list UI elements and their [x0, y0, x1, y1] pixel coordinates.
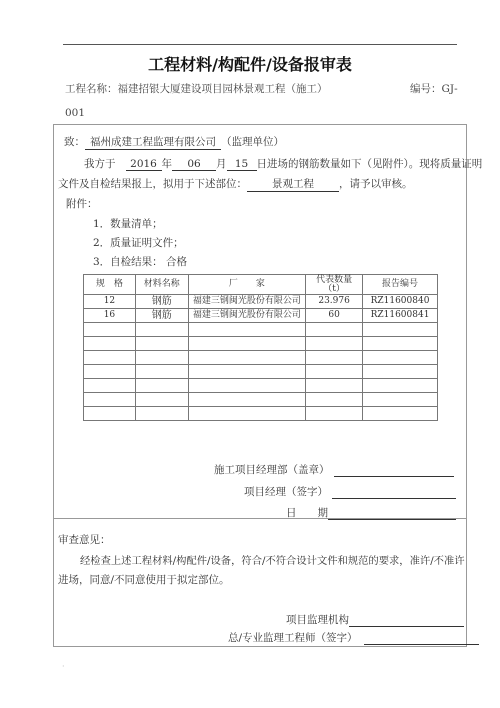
cell-empty	[188, 379, 306, 393]
intro-text: 我方于	[84, 158, 116, 170]
qty-unit: （t）	[323, 284, 345, 294]
cell-empty	[135, 365, 188, 379]
cell-manufacturer: 福建三钢闽光股份有限公司	[188, 295, 306, 309]
cell-empty	[135, 407, 188, 421]
table-row	[84, 351, 438, 365]
cell-empty	[84, 323, 136, 337]
project-name-line: 工程名称：福建招银大厦建设项目园林景观工程（施工）	[65, 81, 328, 96]
cell-empty	[135, 323, 188, 337]
cell-empty	[306, 379, 363, 393]
cell-empty	[84, 393, 136, 407]
col-manufacturer: 厂 家	[188, 275, 306, 295]
entry-month: 06	[172, 158, 216, 171]
cell-empty	[306, 365, 363, 379]
date-label: 日 期	[286, 507, 328, 519]
cell-empty	[363, 379, 438, 393]
to-suffix: （监理单位）	[221, 136, 284, 148]
org-stamp-line	[349, 626, 464, 627]
location-line: 文件及自检结果报上，拟用于下述部位：景观工程，请予以审核。	[58, 176, 413, 192]
cell-empty	[306, 407, 363, 421]
col-report-no: 报告编号	[363, 275, 438, 295]
attachment-item: 2．质量证明文件；	[93, 235, 184, 250]
supervisor-company: 福州成建工程监理有限公司	[85, 134, 221, 150]
cell-report-no: RZ11600840	[363, 295, 438, 309]
table-row: 12 钢筋 福建三钢闽光股份有限公司 23.976 RZ11600840	[84, 295, 438, 309]
org-label: 项目监理机构	[286, 614, 349, 626]
cell-empty	[188, 407, 306, 421]
attachment-item: 1．数量清单；	[93, 216, 163, 231]
cell-empty	[306, 393, 363, 407]
entry-day: 15	[227, 158, 257, 171]
cell-empty	[306, 337, 363, 351]
cell-empty	[84, 407, 136, 421]
cell-empty	[306, 351, 363, 365]
table-row	[84, 365, 438, 379]
cell-empty	[84, 337, 136, 351]
month-unit: 月	[216, 158, 227, 170]
attachment-item: 3．自检结果： 合格	[93, 254, 187, 269]
cell-empty	[84, 351, 136, 365]
col-quantity: 代表数量（t）	[306, 275, 363, 295]
table-row	[84, 323, 438, 337]
cell-empty	[135, 379, 188, 393]
attachments-label: 附件：	[66, 196, 98, 211]
cell-empty	[363, 393, 438, 407]
cell-empty	[363, 351, 438, 365]
dept-label: 施工项目经理部（盖章）	[214, 464, 330, 476]
cell-empty	[188, 337, 306, 351]
table-row: 16 钢筋 福建三钢闽光股份有限公司 60 RZ11600841	[84, 309, 438, 323]
cell-material: 钢筋	[135, 309, 188, 323]
cell-spec: 16	[84, 309, 136, 323]
table-row	[84, 337, 438, 351]
usage-location: 景观工程	[247, 176, 339, 192]
year-unit: 年	[162, 158, 173, 170]
date-line	[328, 519, 456, 520]
table-row	[84, 407, 438, 421]
cell-empty	[188, 393, 306, 407]
date-signature: 日 期	[286, 505, 456, 520]
cell-empty	[363, 337, 438, 351]
page-mark: ·	[62, 662, 65, 671]
manager-sign-line	[332, 498, 456, 499]
cell-material: 钢筋	[135, 295, 188, 309]
intro-line: 我方于 2016年06月15日进场的钢筋数量如下（见附件）。现将质量证明	[84, 156, 482, 171]
project-manager-signature: 项目经理（签字）	[244, 484, 456, 499]
cell-empty	[135, 337, 188, 351]
materials-table: 规 格 材料名称 厂 家 代表数量（t） 报告编号 12 钢筋 福建三钢闽光股份…	[83, 274, 438, 421]
entry-year: 2016	[126, 158, 162, 171]
engineer-signature: 总/专业监理工程师（签字）	[228, 630, 479, 645]
to-label: 致：	[64, 136, 85, 148]
cell-report-no: RZ11600841	[363, 309, 438, 323]
cell-empty	[188, 351, 306, 365]
col-material: 材料名称	[135, 275, 188, 295]
header-rule	[63, 44, 457, 45]
addressee-line: 致：福州成建工程监理有限公司（监理单位）	[64, 134, 284, 150]
project-name: 福建招银大厦建设项目园林景观工程（施工）	[118, 83, 328, 95]
form-number-cont: 001	[65, 107, 85, 119]
engineer-sign-line	[364, 644, 479, 645]
cell-empty	[363, 365, 438, 379]
cell-empty	[84, 365, 136, 379]
cell-manufacturer: 福建三钢闽光股份有限公司	[188, 309, 306, 323]
review-text-line1: 经检查上述工程材料/构配件/设备，符合/不符合设计文件和规范的要求，准许/不准许	[80, 552, 465, 567]
review-text-line2: 进场，同意/不同意使用于拟定部位。	[58, 572, 230, 587]
day-text: 日进场的钢筋数量如下（见附件）。现将质量证明	[257, 158, 483, 170]
form-number: 编号：GJ-	[410, 81, 458, 96]
table-row	[84, 379, 438, 393]
cell-quantity: 23.976	[306, 295, 363, 309]
review-label: 审查意见：	[58, 532, 111, 547]
location-end: ，请予以审核。	[339, 178, 413, 190]
cell-empty	[306, 323, 363, 337]
cell-empty	[188, 365, 306, 379]
location-intro: 文件及自检结果报上，拟用于下述部位：	[58, 178, 247, 190]
dept-stamp-line	[334, 476, 454, 477]
manager-label: 项目经理（签字）	[244, 486, 328, 498]
cell-empty	[135, 393, 188, 407]
project-label: 工程名称：	[65, 83, 118, 95]
col-spec: 规 格	[84, 275, 136, 295]
cell-spec: 12	[84, 295, 136, 309]
table-header-row: 规 格 材料名称 厂 家 代表数量（t） 报告编号	[84, 275, 438, 295]
cell-quantity: 60	[306, 309, 363, 323]
table-row	[84, 393, 438, 407]
cell-empty	[363, 323, 438, 337]
engineer-label: 总/专业监理工程师（签字）	[228, 632, 358, 644]
supervision-org-signature: 项目监理机构	[286, 612, 464, 627]
cell-empty	[84, 379, 136, 393]
cell-empty	[135, 351, 188, 365]
cell-empty	[363, 407, 438, 421]
contractor-dept-signature: 施工项目经理部（盖章）	[214, 462, 454, 477]
page-title: 工程材料/构配件/设备报审表	[0, 52, 500, 75]
cell-empty	[188, 323, 306, 337]
